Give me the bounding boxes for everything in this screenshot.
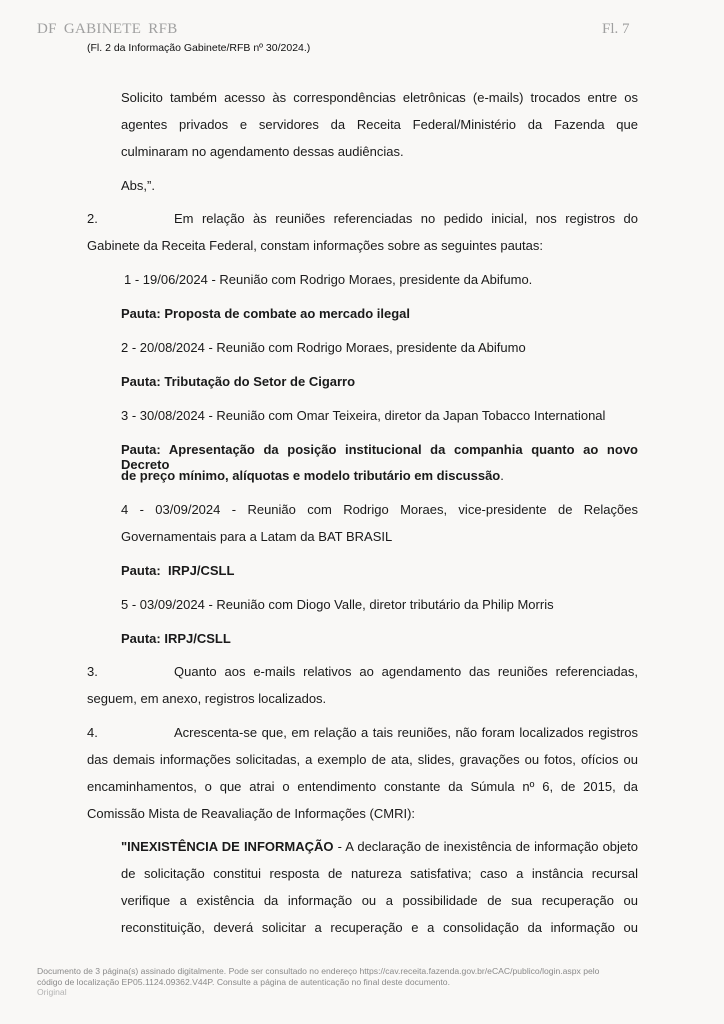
paragraph-4-line: das demais informações solicitadas, a ex… [87, 752, 638, 767]
pauta-label: Pauta: [121, 631, 161, 646]
header-document-reference: (Fl. 2 da Informação Gabinete/RFB nº 30/… [87, 42, 310, 54]
pauta-end: . [500, 468, 504, 483]
paragraph-3-line: seguem, em anexo, registros localizados. [87, 691, 326, 706]
paragraph-2-line: Gabinete da Receita Federal, constam inf… [87, 238, 543, 253]
paragraph-2-line: Em relação às reuniões referenciadas no … [174, 211, 638, 226]
pauta-label: Pauta: [121, 306, 161, 321]
meeting-item-continuation: Governamentais para a Latam da BAT BRASI… [121, 529, 392, 544]
footer-line: código de localização EP05.1124.09362.V4… [37, 977, 599, 988]
sumula-text: - A declaração de inexistência de inform… [334, 839, 639, 854]
digital-signature-footer: Documento de 3 página(s) assinado digita… [37, 966, 599, 998]
meeting-item: 1 - 19/06/2024 - Reunião com Rodrigo Mor… [124, 272, 532, 287]
meeting-item: 2 - 20/08/2024 - Reunião com Rodrigo Mor… [121, 340, 526, 355]
sumula-quote-line: "INEXISTÊNCIA DE INFORMAÇÃO - A declaraç… [121, 839, 638, 854]
meeting-item: 5 - 03/09/2024 - Reunião com Diogo Valle… [121, 597, 554, 612]
meeting-pauta: Pauta: Proposta de combate ao mercado il… [121, 306, 410, 321]
pauta-text: Tributação do Setor de Cigarro [164, 374, 355, 389]
paragraph-4-line: Comissão Mista de Reavaliação de Informa… [87, 806, 415, 821]
quote-line: Solicito também acesso às correspondênci… [121, 90, 638, 105]
sumula-quote-line: de solicitação constitui resposta de nat… [121, 866, 638, 881]
pauta-label: Pauta: [121, 563, 161, 578]
meeting-pauta: Pauta: IRPJ/CSLL [121, 631, 231, 646]
footer-line: Documento de 3 página(s) assinado digita… [37, 966, 599, 977]
pauta-label: Pauta: [121, 442, 161, 457]
meeting-item: 4 - 03/09/2024 - Reunião com Rodrigo Mor… [121, 502, 638, 517]
pauta-text: IRPJ/CSLL [164, 631, 230, 646]
paragraph-number: 2. [87, 211, 98, 226]
pauta-label: Pauta: [121, 374, 161, 389]
sumula-quote-line: reconstituição, deverá solicitar a recup… [121, 920, 638, 935]
paragraph-number: 3. [87, 664, 98, 679]
paragraph-4-line: Acrescenta-se que, em relação a tais reu… [174, 725, 638, 740]
quote-closing: Abs,”. [121, 178, 155, 193]
meeting-pauta-continuation: de preço mínimo, alíquotas e modelo trib… [121, 468, 504, 483]
meeting-pauta: Pauta: IRPJ/CSLL [121, 563, 234, 578]
header-page-number: Fl. 7 [602, 21, 630, 38]
footer-original-label: Original [37, 987, 599, 998]
sumula-quote-line: verifique a existência da informação ou … [121, 893, 638, 908]
sumula-title: INEXISTÊNCIA DE INFORMAÇÃO [127, 839, 333, 854]
meeting-pauta: Pauta: Tributação do Setor de Cigarro [121, 374, 355, 389]
pauta-text: Proposta de combate ao mercado ilegal [164, 306, 410, 321]
pauta-text: IRPJ/CSLL [164, 563, 234, 578]
paragraph-number: 4. [87, 725, 98, 740]
quote-line: agentes privados e servidores da Receita… [121, 117, 638, 132]
meeting-item: 3 - 30/08/2024 - Reunião com Omar Teixei… [121, 408, 605, 423]
pauta-text: de preço mínimo, alíquotas e modelo trib… [121, 468, 500, 483]
quote-line: culminaram no agendamento dessas audiênc… [121, 144, 404, 159]
header-office-label: DF GABINETE RFB [37, 21, 178, 38]
paragraph-3-line: Quanto aos e-mails relativos ao agendame… [174, 664, 638, 679]
paragraph-4-line: encaminhamentos, o que atrai o entendime… [87, 779, 638, 794]
